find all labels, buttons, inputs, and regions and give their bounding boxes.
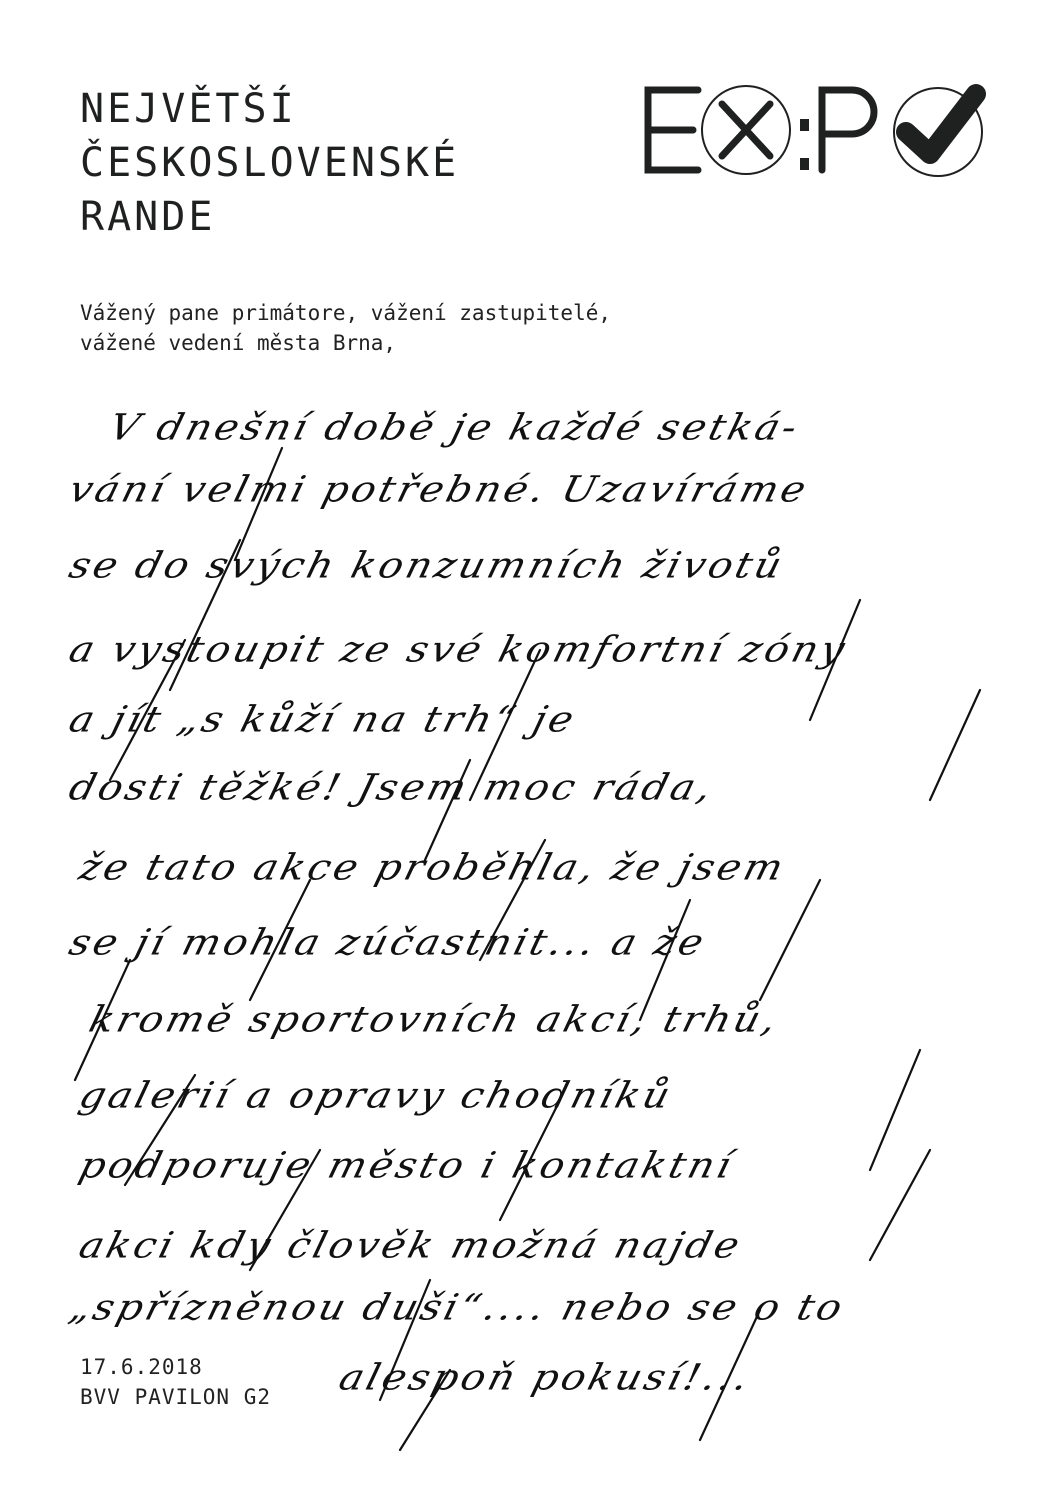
event-venue: BVV PAVILON G2 — [80, 1382, 271, 1412]
handwritten-line: podporuje město i kontaktní — [75, 1145, 738, 1186]
handwritten-line: dosti těžké! Jsem moc ráda, — [65, 767, 719, 808]
handwritten-line: kromě sportovních akcí, trhů, — [85, 999, 784, 1040]
handwritten-line: a vystoupit ze své komfortní zóny — [65, 629, 852, 670]
event-title: NEJVĚTŠÍ ČESKOSLOVENSKÉ RANDE — [80, 82, 459, 244]
handwritten-line: „spřízněnou duši“.... nebo se o to — [65, 1287, 849, 1328]
handwritten-line: vání velmi potřebné. Uzavíráme — [65, 469, 813, 510]
handwritten-line: alespoň pokusí!... — [335, 1357, 756, 1398]
handwritten-line: V dnešní době je každé setká- — [105, 407, 804, 448]
x-in-circle-icon — [702, 86, 790, 174]
event-date: 17.6.2018 — [80, 1352, 271, 1382]
handwritten-line: akci kdy člověk možná najde — [75, 1225, 747, 1266]
event-title-line-1: NEJVĚTŠÍ — [80, 82, 459, 136]
event-title-line-2: ČESKOSLOVENSKÉ — [80, 136, 459, 190]
salutation: Vážený pane primátore, vážení zastupitel… — [80, 298, 611, 358]
salutation-line-2: vážené vedení města Brna, — [80, 328, 611, 358]
checkmark-in-circle-icon — [894, 88, 982, 176]
salutation-line-1: Vážený pane primátore, vážení zastupitel… — [80, 298, 611, 328]
logo-colon-top — [800, 119, 809, 131]
logo-letter-e — [648, 90, 698, 170]
handwritten-line: že tato akce proběhla, že jsem — [75, 847, 790, 888]
handwritten-line: se do svých konzumních životů — [65, 545, 789, 586]
logo-letter-p — [822, 90, 874, 170]
event-title-line-3: RANDE — [80, 190, 459, 244]
expo-logo — [638, 82, 988, 178]
event-info: 17.6.2018 BVV PAVILON G2 — [80, 1352, 271, 1412]
handwritten-line: se jí mohla zúčastnit... a že — [65, 922, 711, 963]
handwritten-line: a jít „s kůží na trh“ je — [65, 699, 581, 740]
logo-colon-bottom — [800, 158, 809, 170]
handwritten-line: galerií a opravy chodníků — [75, 1075, 677, 1116]
